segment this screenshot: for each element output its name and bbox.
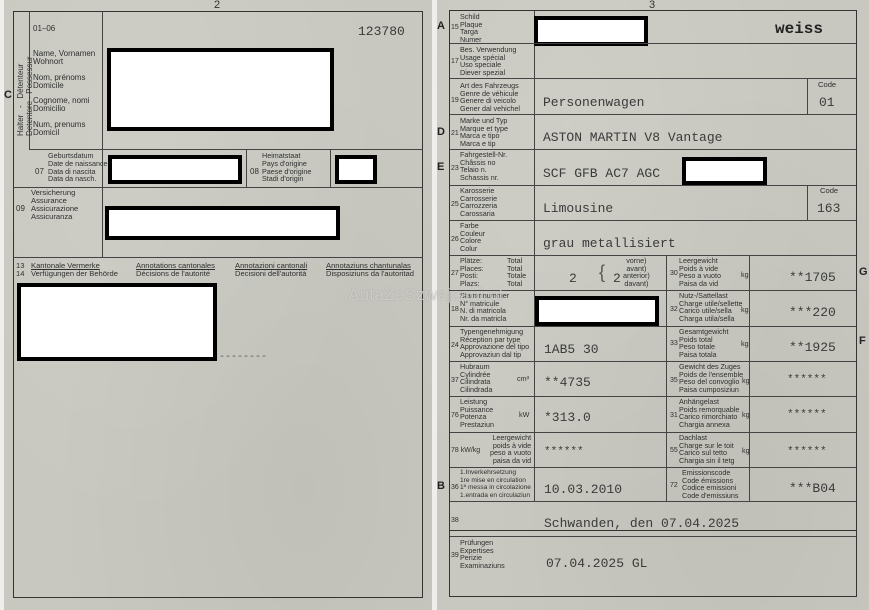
- watermark: AutaZeSzwajcarii.pl: [348, 285, 503, 305]
- field-code-01-06: 01–06: [33, 25, 55, 33]
- right-page: 3 A 15 Schild Plaque Targa Numer weiss 1…: [437, 0, 869, 610]
- holder-vertical-label: Halter - Détenteur Detentore - Possessur: [17, 56, 34, 136]
- insurance-label: Versicherung Assurance Assicurazione Ass…: [31, 189, 78, 221]
- birthdate-label: Geburtsdatum Date de naissance Data di n…: [48, 152, 108, 183]
- left-page: 2 C Halter - Détenteur Detentore - Posse…: [4, 0, 432, 610]
- redacted-origin: [335, 155, 377, 184]
- redacted-birthdate: [108, 155, 242, 184]
- side-letter-c: C: [4, 89, 12, 101]
- redacted-cantonal-notes: [17, 283, 217, 361]
- page-number: 2: [214, 0, 220, 11]
- origin-label: Heimatstaat Pays d'origine Paese d'origi…: [262, 152, 311, 183]
- redacted-insurance: [105, 206, 340, 240]
- redacted-holder-name: [107, 48, 334, 131]
- document-serial: 123780: [358, 24, 405, 39]
